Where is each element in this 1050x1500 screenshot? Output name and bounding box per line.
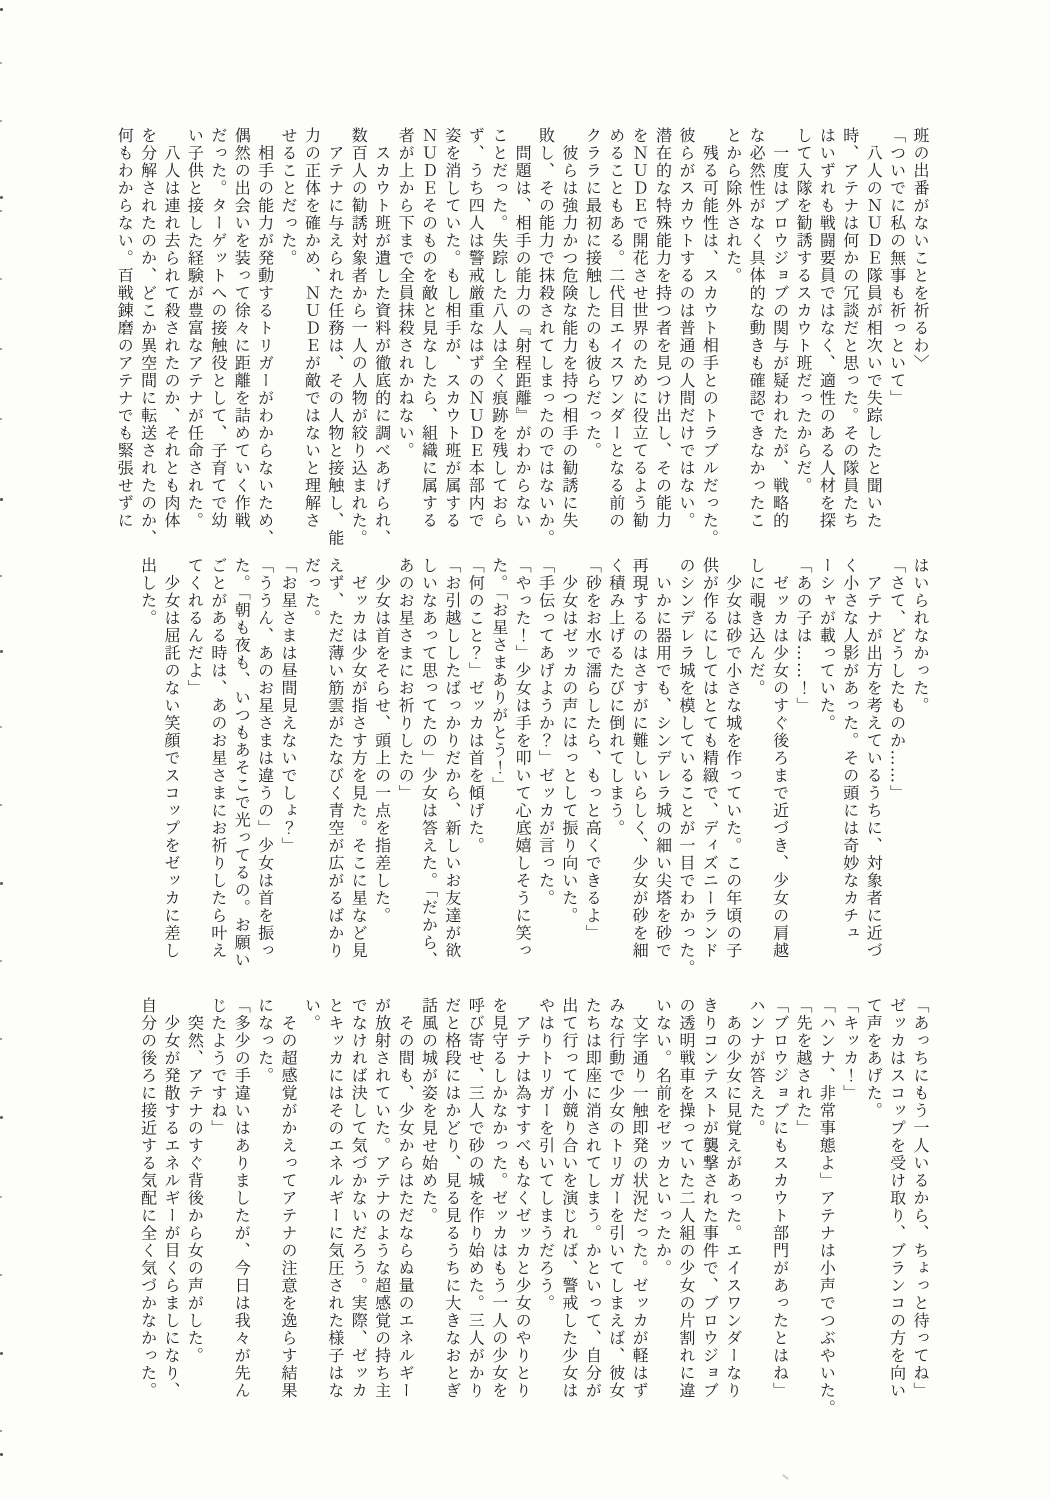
scan-speck xyxy=(0,498,3,501)
scan-speck xyxy=(0,1453,3,1456)
scan-speck xyxy=(0,120,2,122)
scan-speck xyxy=(0,1116,3,1119)
scanned-novel-page: 班の出番がないことを祈るわ〉 「ついでに私の無事も祈っといて」 八人のＮＵＤＥ隊… xyxy=(0,0,1050,1500)
scan-speck xyxy=(0,1038,2,1040)
text-block-middle: はいられなかった。 「さて、どうしたものか……」 アテナが出方を考えているうちに… xyxy=(136,557,932,977)
scan-speck xyxy=(0,278,2,280)
scan-speck xyxy=(0,62,2,64)
scan-speck xyxy=(0,575,2,577)
scan-speck xyxy=(0,960,2,962)
scan-speck xyxy=(0,348,2,350)
scan-speck xyxy=(0,1196,2,1198)
scan-speck xyxy=(0,418,2,420)
text-block-top: 班の出番がないことを祈るわ〉 「ついでに私の無事も祈っといて」 八人のＮＵＤＥ隊… xyxy=(113,127,932,547)
scan-speck xyxy=(0,1352,3,1355)
scan-speck xyxy=(0,1430,2,1432)
scan-speck xyxy=(0,804,2,806)
scan-speck xyxy=(0,650,3,653)
scan-corner-mark xyxy=(782,1474,789,1480)
text-block-bottom: 「あっちにもう一人いるから、ちょっと待ってね」 ゼッカはスコップを受け取り、ブラ… xyxy=(136,997,932,1417)
scan-speck xyxy=(0,210,2,212)
scan-speck xyxy=(0,8,3,11)
scan-speck xyxy=(0,726,2,728)
scan-speck xyxy=(0,882,3,885)
scan-speck xyxy=(0,196,3,199)
scan-speck xyxy=(0,1274,2,1276)
